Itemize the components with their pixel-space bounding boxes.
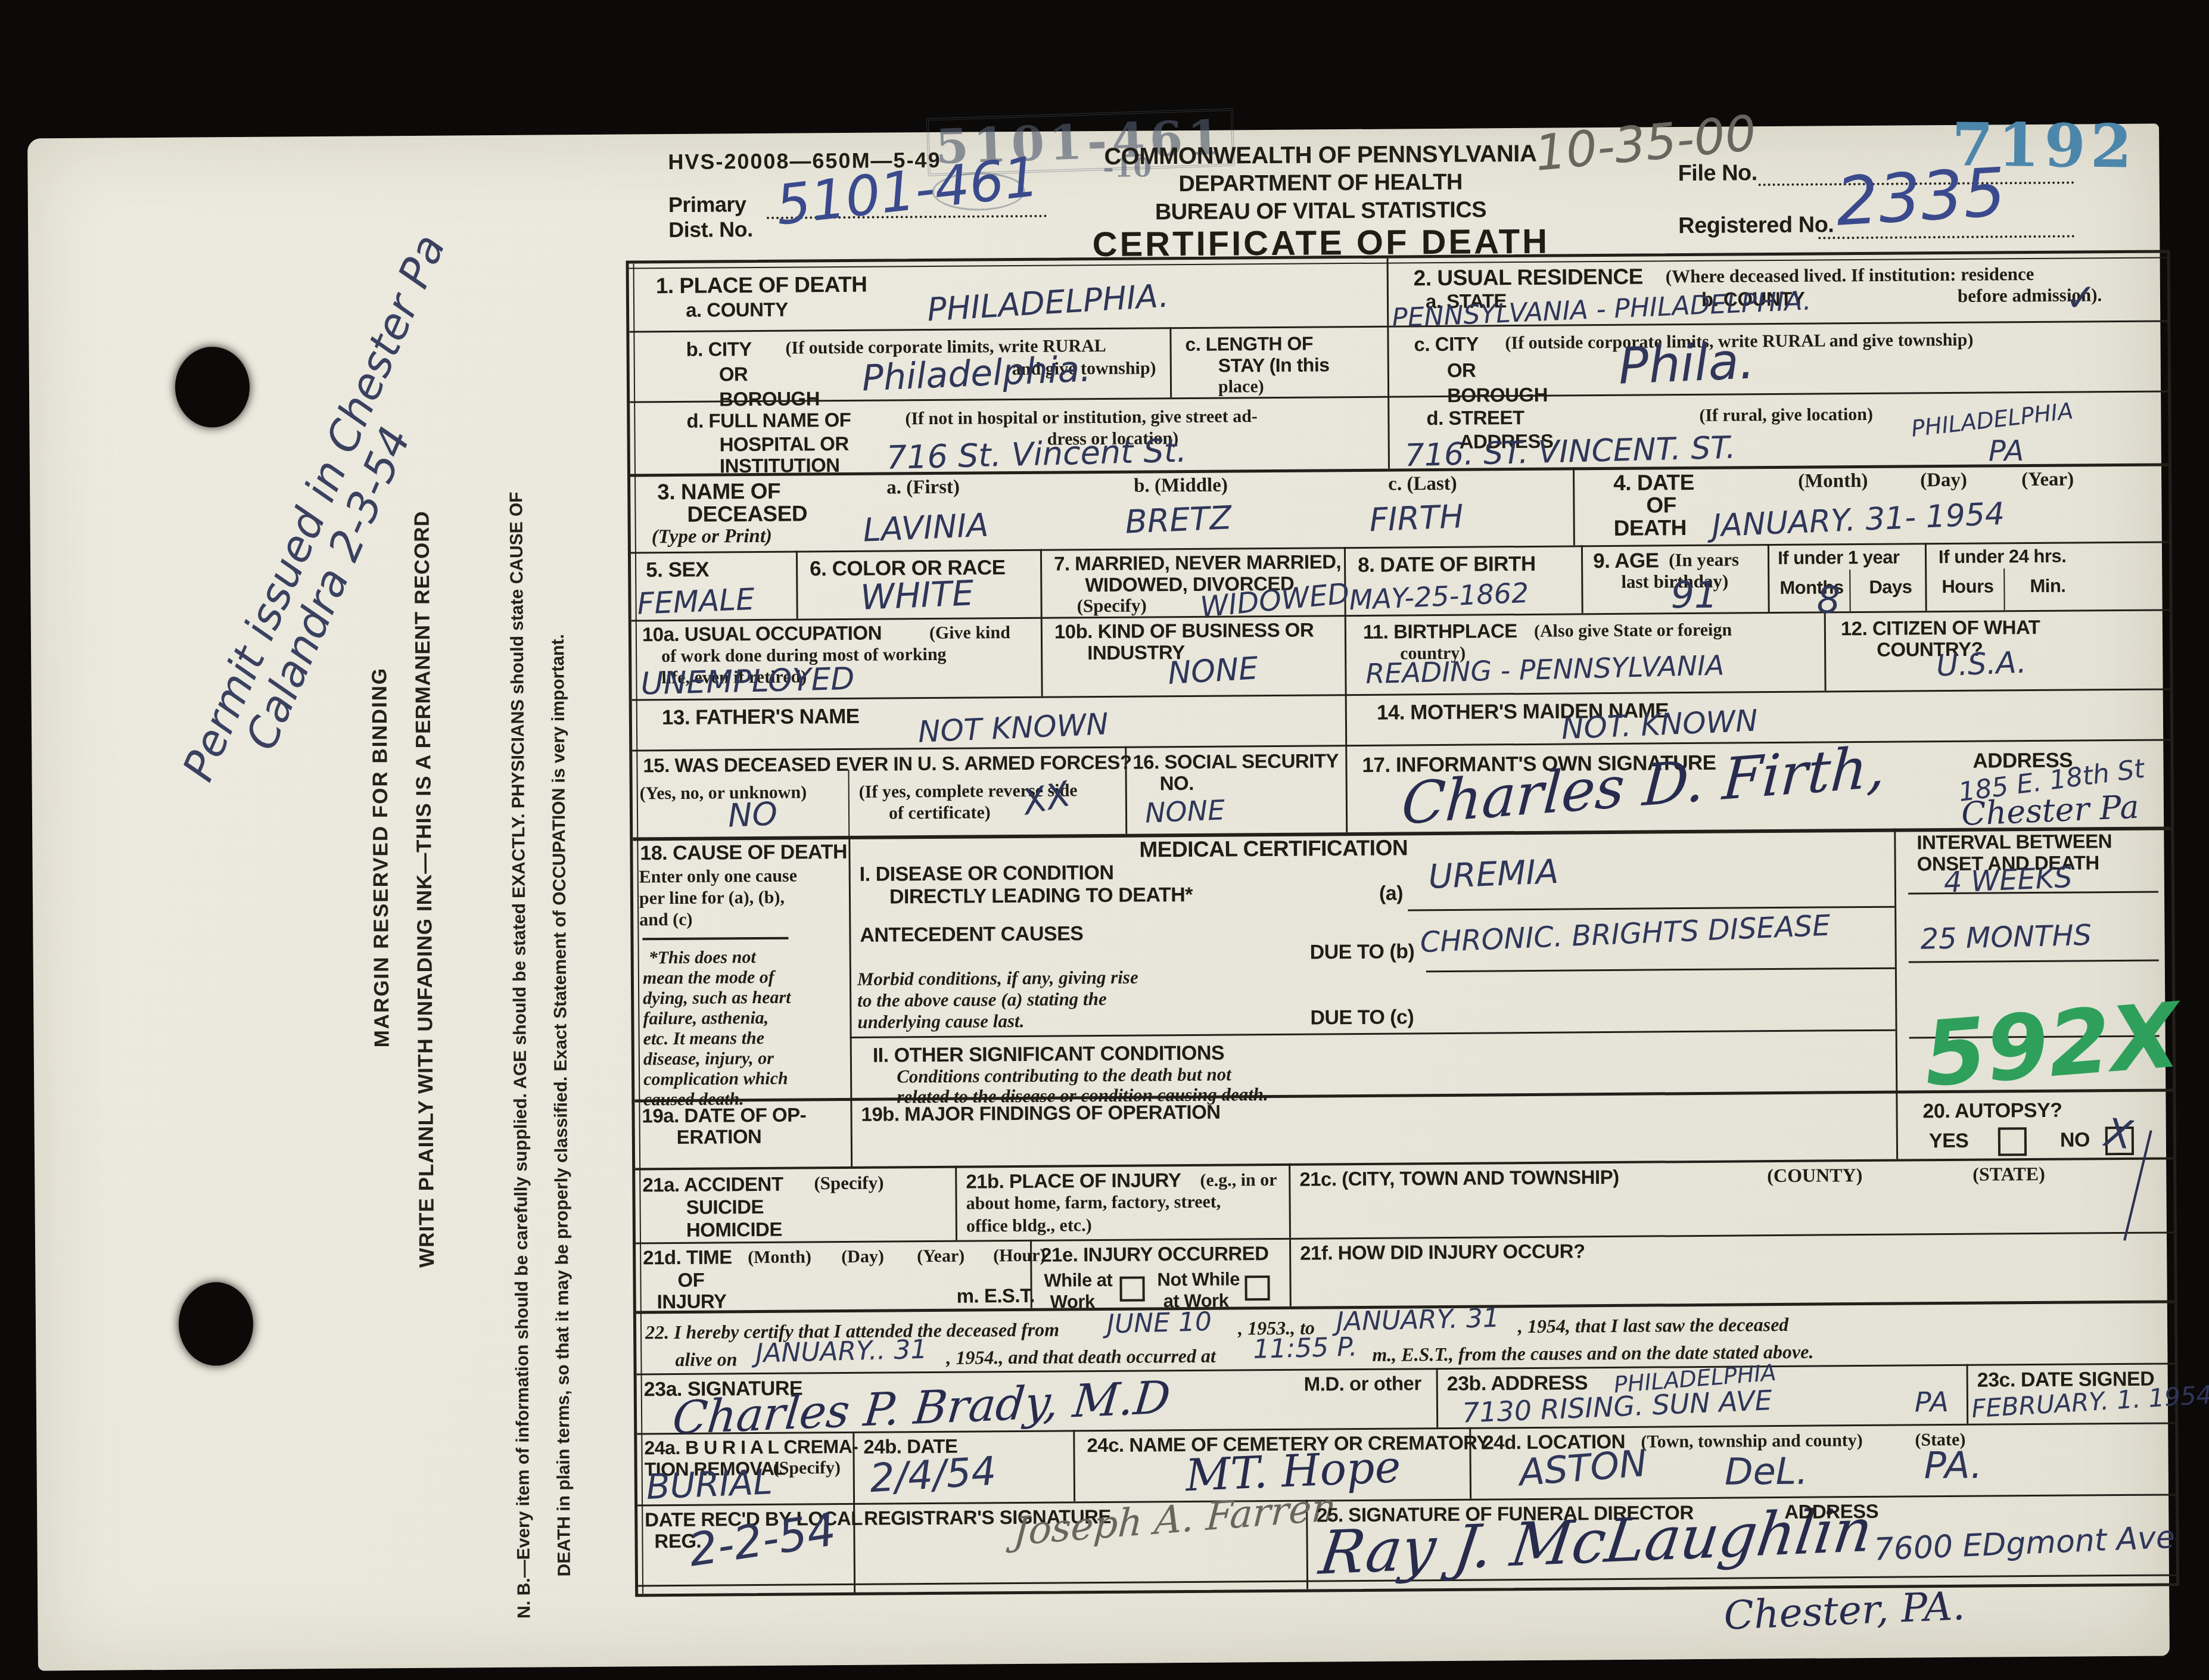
divider [642, 937, 788, 941]
morbid-line3: underlying cause last. [857, 1012, 1024, 1032]
birthplace-value: READING - PENNSYLVANIA [1365, 651, 1725, 688]
street-paren: (If rural, give location) [1699, 405, 1873, 425]
death-year-label: (Year) [2021, 469, 2074, 491]
name-last-value: FIRTH [1368, 499, 1464, 537]
age-label: 9. AGE [1593, 549, 1659, 572]
divider [1581, 545, 1583, 613]
injury-month-label: (Month) [748, 1247, 811, 1267]
operation-findings-label: 19b. MAJOR FINDINGS OF OPERATION [861, 1102, 1220, 1125]
cause-note7: complication which [643, 1069, 788, 1089]
father-name-value: NOT KNOWN [917, 708, 1109, 748]
business-label1: 10b. KIND OF BUSINESS OR [1054, 620, 1314, 642]
birth-date-value: MAY-25-1862 [1349, 578, 1529, 615]
divider [2003, 568, 2005, 610]
institution-label3: INSTITUTION [720, 455, 840, 477]
autopsy-yes-label: YES [1929, 1130, 1969, 1152]
armed-forces-paren3: of certificate) [889, 803, 991, 823]
file-no-label: File No. [1678, 161, 1757, 185]
business-value: NONE [1167, 652, 1259, 690]
length-of-stay-label2: STAY (In this [1218, 355, 1330, 376]
residence-borough-label: BOROUGH [1447, 385, 1548, 406]
divider [630, 390, 2168, 403]
cause-heading: 18. CAUSE OF DEATH [640, 841, 847, 864]
divider [632, 739, 2170, 751]
interval-b-value: 25 MONTHS [1920, 920, 2092, 955]
burial-location-paren1: (Town, township and county) [1641, 1431, 1863, 1451]
registered-no-label: Registered No. [1678, 213, 1834, 238]
injury-place-label: 21b. PLACE OF INJURY [966, 1170, 1181, 1192]
injury-of-label: OF [677, 1270, 704, 1291]
citizen-label1: 12. CITIZEN OF WHAT [1841, 617, 2040, 639]
punch-hole-bottom [178, 1282, 253, 1366]
md-or-other-label: M.D. or other [1304, 1373, 1421, 1395]
cause-enter2: per line for (a), (b), [639, 888, 785, 908]
due-b-label: DUE TO (b) [1310, 941, 1415, 963]
burial-date-value: 2/4/54 [869, 1451, 997, 1499]
accident-label2: SUICIDE [686, 1197, 764, 1218]
how-injury-label: 21f. HOW DID INJURY OCCUR? [1300, 1241, 1585, 1264]
sex-label: 5. SEX [646, 559, 709, 581]
accident-paren: (Specify) [814, 1174, 883, 1194]
name-heading3: (Type or Print) [652, 526, 772, 547]
accident-label1: 21a. ACCIDENT [642, 1174, 783, 1196]
name-last-label: c. (Last) [1388, 474, 1457, 495]
divider [1289, 1238, 1292, 1306]
name-first-label: a. (First) [886, 477, 960, 499]
certify-line2-part1: alive on [675, 1349, 737, 1370]
permit-note-line2: Calandra 2-3-54 [238, 246, 494, 756]
institution-value: 716 St. Vincent St. [886, 434, 1187, 475]
death-day-label: (Day) [1920, 470, 1967, 491]
divider [1573, 467, 1575, 545]
informant-signature: Charles D. Firth, [1400, 737, 1887, 835]
injury-injury-label: INJURY [657, 1291, 727, 1312]
divider [632, 688, 2170, 701]
punch-hole-top [175, 347, 250, 428]
autopsy-no-mark: X [2102, 1112, 2135, 1156]
under-24hrs-label: If under 24 hrs. [1939, 547, 2066, 567]
injury-county-label: (COUNTY) [1767, 1165, 1862, 1186]
cause-note5: etc. It means the [643, 1029, 765, 1049]
months-value: 8 [1816, 580, 1840, 620]
street-label1: d. STREET [1426, 407, 1524, 429]
operation-date-label1: 19a. DATE OF OP- [642, 1105, 806, 1127]
birthplace-label: 11. BIRTHPLACE [1363, 621, 1517, 643]
injury-city-label: 21c. (CITY, TOWN AND TOWNSHIP) [1299, 1167, 1619, 1190]
divider [1387, 259, 1390, 469]
registrar-signature: Joseph A. Farren [1012, 1488, 1337, 1553]
divider [1768, 544, 1770, 612]
marital-label3: (Specify) [1077, 596, 1146, 616]
divider [1967, 1364, 1969, 1424]
physician-address-label: 23b. ADDRESS [1447, 1372, 1588, 1395]
place-city-value: Philadelphia. [861, 350, 1092, 398]
cause-note3: dying, such as heart [643, 988, 791, 1009]
armed-forces-value: NO [727, 797, 778, 833]
name-first-value: LAVINIA [863, 508, 990, 547]
physician-address-state: PA [1915, 1387, 1949, 1417]
margin-nb-text-line2: DEATH in plain terms, so that it may be … [545, 170, 574, 1576]
residence-or-label: OR [1447, 360, 1476, 381]
street-value: 716. ST. VINCENT. ST. [1404, 432, 1736, 473]
margin-binding-text: MARGIN RESERVED FOR BINDING [367, 565, 394, 1047]
injury-state-label: (STATE) [1972, 1164, 2045, 1185]
dist-no-label: Dist. No. [668, 218, 753, 241]
disease-a-label: (a) [1379, 882, 1403, 904]
other-conditions-heading: II. OTHER SIGNIFICANT CONDITIONS [873, 1043, 1225, 1066]
residence-city-label: c. CITY [1414, 334, 1479, 356]
name-middle-value: BRETZ [1124, 500, 1232, 539]
min-label: Min. [2030, 577, 2065, 596]
place-of-death-heading: 1. PLACE OF DEATH [656, 273, 867, 298]
divider [1073, 1430, 1075, 1501]
handwritten-permit-note: Permit issued in Chester Pa Calandra 2-3… [175, 228, 494, 805]
divider [1345, 745, 1348, 832]
death-date-heading2: OF [1646, 493, 1676, 517]
funeral-address1: 7600 EDgmont Ave [1874, 1522, 2176, 1567]
divider [1909, 960, 2159, 963]
divider [1040, 549, 1043, 696]
autopsy-label: 20. AUTOPSY? [1922, 1100, 2062, 1122]
death-date-heading1: 4. DATE [1613, 471, 1694, 494]
injury-est-label: m. E.S.T. [957, 1286, 1035, 1307]
hours-label: Hours [1942, 577, 1993, 596]
occupation-paren1: (Give kind [929, 623, 1010, 643]
injury-occurred-label: 21e. INJURY OCCURRED [1041, 1243, 1269, 1266]
funeral-address2: Chester, PA. [1723, 1585, 1965, 1637]
due-b-value: CHRONIC. BRIGHTS DISEASE [1420, 910, 1831, 958]
injury-place-paren: (e.g., in or [1200, 1171, 1277, 1190]
primary-label: Primary [668, 193, 746, 216]
due-c-label: DUE TO (c) [1310, 1006, 1414, 1028]
disease-a-value: UREMIA [1428, 854, 1560, 895]
bureau-line: BUREAU OF VITAL STATISTICS [963, 197, 1678, 226]
name-heading1: 3. NAME OF [657, 480, 780, 504]
certify-line1-part3: , 1954, that I last saw the deceased [1518, 1315, 1788, 1337]
injury-year-label: (Year) [917, 1247, 965, 1266]
divider [1169, 327, 1172, 397]
residence-heading-paren1: (Where deceased lived. If institution: r… [1666, 265, 2034, 287]
place-borough-label: BOROUGH [719, 388, 820, 410]
divider [1849, 570, 1850, 611]
while-at-label: While at [1044, 1271, 1112, 1291]
disease-label1: I. DISEASE OR CONDITION [860, 862, 1114, 885]
while-at-work-checkbox [1119, 1276, 1144, 1301]
divider [848, 836, 852, 1098]
operation-date-label2: ERATION [677, 1127, 762, 1148]
institution-label1: d. FULL NAME OF [686, 410, 851, 432]
not-while-at-work-checkbox [1244, 1275, 1270, 1301]
birthplace-paren1: (Also give State or foreign [1534, 621, 1732, 641]
occupation-label: 10a. USUAL OCCUPATION [642, 623, 882, 646]
ssn-label2: NO. [1160, 773, 1194, 794]
funeral-address-label: ADDRESS [1784, 1501, 1878, 1523]
injury-time-label: 21d. TIME [643, 1247, 732, 1268]
birth-date-label: 8. DATE OF BIRTH [1358, 553, 1536, 576]
registered-no-value: 2335 [1834, 157, 2008, 238]
divider [1289, 1163, 1291, 1238]
burial-value: BURIAL [646, 1464, 773, 1505]
place-city-label: b. CITY [686, 339, 751, 360]
color-race-value: WHITE [860, 575, 975, 616]
institution-paren1: (If not in hospital or institution, give… [905, 407, 1258, 428]
divider [848, 770, 850, 836]
burial-label1: 24a. B U R I A L CREMA- [644, 1437, 858, 1458]
place-or-label: OR [719, 364, 748, 385]
divider [796, 551, 798, 619]
age-value: 91 [1670, 575, 1718, 615]
divider [1824, 611, 1827, 690]
certify-to-value: JANUARY. 31 [1336, 1305, 1499, 1336]
residence-city-value: Phila. [1617, 334, 1756, 393]
cause-note4: failure, asthenia, [643, 1009, 769, 1028]
certify-line2-part2: , 1954., and that death occurred at [946, 1346, 1216, 1368]
armed-forces-paren1: (Yes, no, or unknown) [640, 783, 807, 803]
age-paren1: (In years [1669, 550, 1739, 570]
under-one-year-label: If under 1 year [1778, 548, 1900, 568]
place-county-label: a. COUNTY [686, 300, 788, 321]
divider [955, 1166, 957, 1240]
certify-from-value: JUNE 10 [1106, 1308, 1212, 1339]
divider [1436, 1368, 1439, 1427]
death-month-label: (Month) [1798, 471, 1868, 492]
sex-value: FEMALE [636, 584, 755, 620]
burial-paren: (Specify) [773, 1458, 841, 1478]
margin-permanent-record-text: WRITE PLAINLY WITH UNFADING INK—THIS IS … [410, 499, 439, 1268]
residence-heading: 2. USUAL RESIDENCE [1414, 265, 1643, 290]
certificate-paper: MARGIN RESERVED FOR BINDING WRITE PLAINL… [27, 124, 2170, 1671]
burial-location-town: ASTON [1518, 1443, 1648, 1492]
cause-note6: disease, injury, or [643, 1049, 774, 1069]
statistical-code-green: 592X [1921, 989, 2183, 1103]
certify-time-value: 11:55 P. [1253, 1333, 1358, 1364]
margin-nb-text-line1: N. B.—Every item of information should b… [504, 141, 534, 1619]
institution-label2: HOSPITAL OR [720, 434, 849, 455]
injury-day-label: (Day) [841, 1247, 884, 1267]
other-conditions-line1: Conditions contributing to the death but… [897, 1065, 1231, 1087]
marital-label1: 7. MARRIED, NEVER MARRIED, [1054, 552, 1341, 574]
divider [1426, 967, 1895, 972]
morbid-line2: to the above cause (a) stating the [857, 990, 1107, 1011]
street-state-value: PA [1989, 436, 2024, 466]
injury-place-line2: about home, farm, factory, street, [966, 1193, 1221, 1214]
morbid-line1: Morbid conditions, if any, giving rise [857, 968, 1138, 990]
divider [1345, 694, 1348, 745]
length-of-stay-label1: c. LENGTH OF [1185, 334, 1313, 354]
cause-enter1: Enter only one cause [639, 867, 798, 887]
father-name-label: 13. FATHER'S NAME [662, 705, 860, 729]
citizen-value: U.S.A. [1936, 647, 2027, 682]
not-while-label: Not While [1157, 1270, 1240, 1290]
interval-heading1: INTERVAL BETWEEN [1916, 831, 2112, 853]
autopsy-yes-checkbox [1998, 1127, 2027, 1156]
armed-forces-label: 15. WAS DECEASED EVER IN U. S. ARMED FOR… [643, 752, 1131, 777]
injury-place-line3: office bldg., etc.) [966, 1216, 1092, 1236]
ssn-value: NONE [1144, 795, 1225, 827]
informant-address2: Chester Pa [1961, 790, 2140, 832]
name-heading2: DECEASED [687, 502, 807, 526]
death-date-heading3: DEATH [1614, 516, 1687, 540]
death-date-value: JANUARY. 31- 1954 [1712, 498, 2005, 543]
ssn-label1: 16. SOCIAL SECURITY [1132, 751, 1339, 773]
certificate-form: 1. PLACE OF DEATH a. COUNTY PHILADELPHIA… [626, 250, 2180, 1597]
medical-certification-heading: MEDICAL CERTIFICATION [1139, 836, 1408, 861]
residence-checkmark: ✓ [2065, 278, 2097, 319]
divider [1894, 829, 1898, 1159]
armed-forces-xx: XX [1019, 776, 1074, 822]
occupation-value: UNEMPLOYED [640, 663, 855, 701]
certify-alive-value: JANUARY.. 31 [755, 1336, 928, 1368]
cause-note2: mean the mode of [643, 968, 774, 988]
name-middle-label: b. (Middle) [1134, 475, 1228, 496]
autopsy-no-label: NO [2060, 1129, 2090, 1150]
injury-hour-label: (Hour) [993, 1246, 1046, 1265]
mother-name-value: NOT. KNOWN [1561, 705, 1758, 745]
cause-enter3: and (c) [639, 910, 692, 929]
divider [850, 1098, 853, 1166]
days-label: Days [1869, 577, 1912, 597]
length-of-stay-label3: place) [1218, 377, 1264, 396]
antecedent-label: ANTECEDENT CAUSES [860, 923, 1083, 946]
burial-location-state: PA. [1924, 1446, 1982, 1485]
cause-note1: *This does not [649, 948, 756, 967]
disease-label2: DIRECTLY LEADING TO DEATH* [889, 884, 1193, 908]
burial-location-county: DeL. [1725, 1452, 1809, 1492]
place-county-value: PHILADELPHIA. [926, 279, 1170, 327]
divider [1344, 547, 1347, 694]
accident-label3: HOMICIDE [686, 1219, 782, 1241]
divider [1925, 543, 1927, 611]
work-label: Work [1050, 1292, 1095, 1312]
